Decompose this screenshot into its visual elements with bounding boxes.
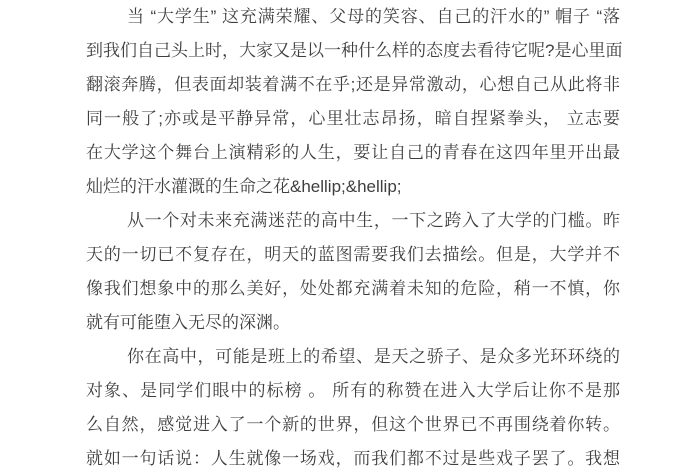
essay-line: 对象、是同学们眼中的标榜 。 所有的称赞在进入大学后让你不是那 [86,374,620,408]
document-page: 当 “大学生” 这充满荣耀、父母的笑容、自己的汗水的” 帽子 “落 到我们自己头… [0,0,700,470]
essay-line: 就有可能堕入无尽的深渊。 [86,306,620,340]
essay-line: 灿烂的汗水灌溉的生命之花&hellip;&hellip; [86,170,620,204]
essay-line: 就如一句话说：人生就像一场戏，而我们都不过是些戏子罢了。我想 [86,442,620,470]
essay-line: 当 “大学生” 这充满荣耀、父母的笑容、自己的汗水的” 帽子 “落 [86,0,620,34]
essay-line: 翻滚奔腾，但表面却装着满不在乎;还是异常激动，心想自己从此将非 [86,68,620,102]
essay-line: 到我们自己头上时，大家又是以一种什么样的态度去看待它呢?是心里面 [86,34,620,68]
essay-line: 天的一切已不复存在，明天的蓝图需要我们去描绘。但是，大学并不 [86,238,620,272]
essay-line: 在大学这个舞台上演精彩的人生，要让自己的青春在这四年里开出最 [86,136,620,170]
essay-line: 从一个对未来充满迷茫的高中生，一下之跨入了大学的门槛。昨 [86,204,620,238]
essay-line: 么自然，感觉进入了一个新的世界，但这个世界已不再围绕着你转。 [86,408,620,442]
essay-line: 像我们想象中的那么美好，处处都充满着未知的危险，稍一不慎，你 [86,272,620,306]
essay-text-block: 当 “大学生” 这充满荣耀、父母的笑容、自己的汗水的” 帽子 “落 到我们自己头… [86,0,620,470]
essay-line: 同一般了;亦或是平静异常，心里壮志昂扬，暗自捏紧拳头， 立志要 [86,102,620,136]
essay-line: 你在高中，可能是班上的希望、是天之骄子、是众多光环环绕的 [86,340,620,374]
